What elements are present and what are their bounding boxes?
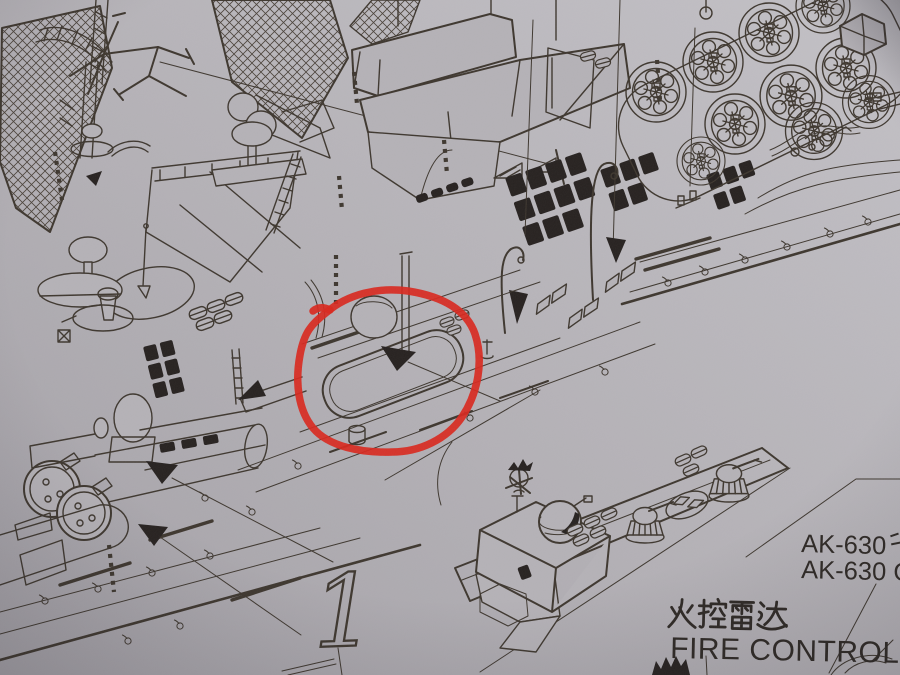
ship-assembly-diagram: 1 AK-630 AK-630 C 火控雷达 (0, 0, 900, 675)
instruction-sheet-photo: 1 AK-630 AK-630 C 火控雷达 (0, 0, 900, 675)
vignette (0, 0, 900, 675)
